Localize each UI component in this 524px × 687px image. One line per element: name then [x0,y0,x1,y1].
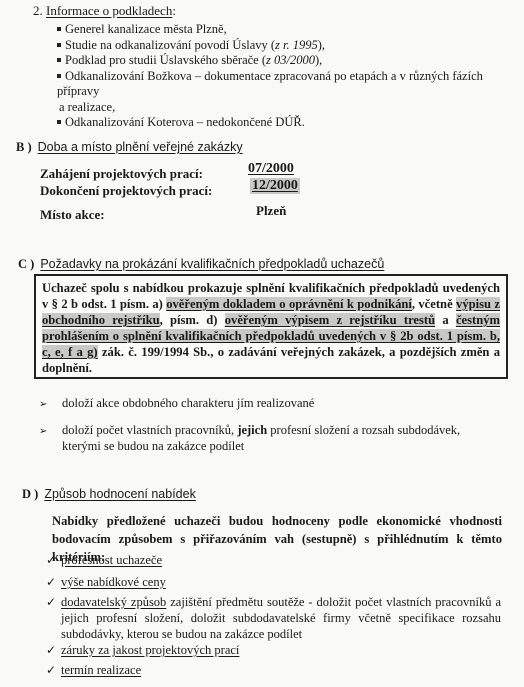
highlighted-requirement: ověřeným výpisem z rejstříku trestů [225,313,435,327]
start-value: 07/2000 [248,161,294,177]
criterion-item: ✓záruky za jakost projektových prací [61,642,239,658]
section-title: Požadavky na prokázání kvalifikačních př… [40,257,384,271]
section-c-heading: C )Požadavky na prokázání kvalifikačních… [18,257,384,272]
check-icon: ✓ [46,662,56,678]
highlighted-requirement: ověřeným dokladem o oprávnění k podnikán… [166,297,412,311]
square-bullet-icon [57,58,61,62]
list-item: Podklad pro studii Úslavského sběrače (z… [55,53,524,69]
section-title: Doba a místo plnění veřejné zakázky [38,140,243,154]
end-value: 12/2000 [250,178,300,194]
criterion-item: ✓výše nabídkové ceny [61,574,166,590]
list-item: ➢ doloží počet vlastních pracovníků, jej… [62,423,502,454]
square-bullet-icon [57,74,61,78]
location-value: Plzeň [256,203,286,219]
arrow-bullet-icon: ➢ [39,424,47,440]
section-number: 2. [33,3,43,18]
criterion-item: ✓dodavatelský způsob zajištění předmětu … [61,594,501,642]
list-item: ➢ doloží akce obdobného charakteru jím r… [62,396,502,412]
section-2-heading: 2. Informace o podkladech: [33,3,176,19]
start-label: Zahájení projektových prací: [40,166,203,182]
list-item: Generel kanalizace města Plzně, [55,22,524,38]
check-icon: ✓ [46,552,56,568]
section-title: Způsob hodnocení nabídek [44,487,196,501]
qualification-requirements-box: Uchazeč spolu s nabídkou prokazuje splně… [34,274,508,379]
criterion-item: ✓termín realizace [61,662,141,678]
criterion-item: ✓profesnost uchazeče [61,552,162,568]
check-icon: ✓ [46,574,56,590]
check-icon: ✓ [46,594,56,610]
section-b-heading: B )Doba a místo plnění veřejné zakázky [16,140,243,155]
location-label: Místo akce: [40,207,105,223]
section-d-heading: D )Způsob hodnocení nabídek [22,487,196,502]
arrow-bullet-icon: ➢ [39,397,47,413]
list-item: Odkanalizování Koterova – nedokončené DÚ… [55,115,524,131]
check-icon: ✓ [46,642,56,658]
section-title: Informace o podkladech [46,3,172,18]
list-item: Studie na odkanalizování povodí Úslavy (… [55,38,524,54]
end-label: Dokončení projektových prací: [40,183,212,199]
square-bullet-icon [57,27,61,31]
list-item: Odkanalizování Božkova – dokumentace zpr… [55,69,524,116]
square-bullet-icon [57,43,61,47]
square-bullet-icon [57,120,61,124]
source-documents-list: Generel kanalizace města Plzně, Studie n… [55,22,524,131]
